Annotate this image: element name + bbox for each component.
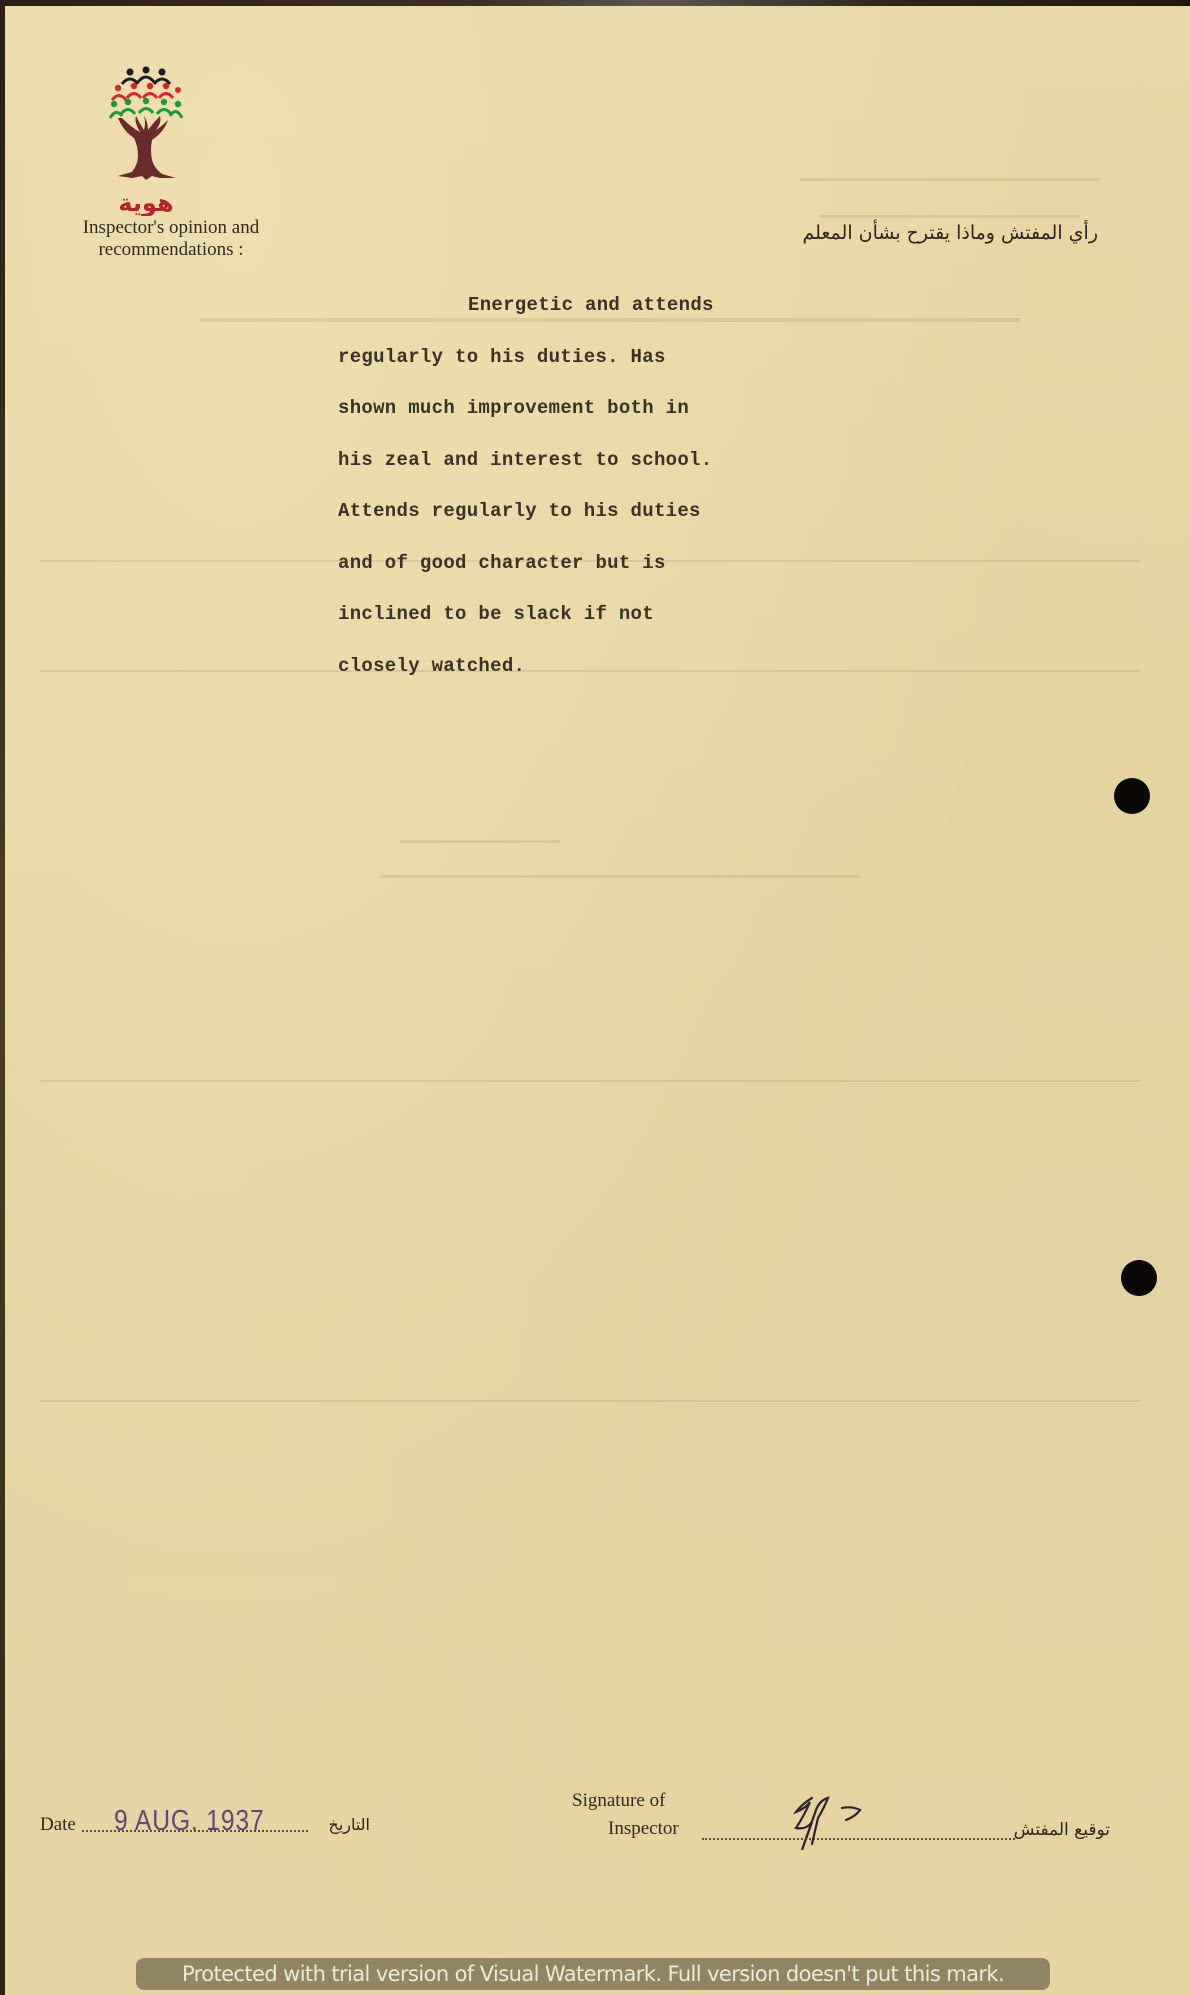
remark-line: Attends regularly to his duties (338, 486, 858, 538)
page-left-edge (0, 0, 5, 1995)
signature-label-line2: Inspector (608, 1818, 679, 1840)
watermark-banner: Protected with trial version of Visual W… (136, 1958, 1050, 1990)
punch-hole (1114, 778, 1150, 814)
opinion-label-line1: Inspector's opinion and (36, 217, 306, 239)
bleed-through-mark (820, 215, 1080, 218)
opinion-label-en: Inspector's opinion and recommendations … (36, 217, 306, 261)
remark-line: his zeal and interest to school. (338, 435, 858, 487)
opinion-label-ar: رأي المفتش وماذا يقترح بشأن المعلم (802, 222, 1098, 244)
date-label: Date (40, 1814, 76, 1836)
hawiya-tree-logo-icon: هوية (108, 66, 184, 216)
opinion-label-line2: recommendations : (36, 239, 306, 261)
bleed-through-mark (400, 840, 560, 843)
remark-line: Energetic and attends (338, 280, 858, 332)
date-field: Date 9 AUG. 1937 التاريخ (40, 1800, 370, 1840)
bleed-through-mark (40, 1400, 1140, 1402)
signature-label-ar: توقيع المفتش (1014, 1820, 1110, 1840)
bleed-through-mark (380, 875, 860, 878)
bleed-through-mark (40, 1080, 1140, 1082)
date-stamp: 9 AUG. 1937 (114, 1805, 265, 1838)
remark-line: and of good character but is (338, 538, 858, 590)
handwritten-signature-icon (770, 1790, 870, 1852)
page-top-edge (0, 0, 1190, 6)
signature-label-line1: Signature of (572, 1790, 665, 1812)
punch-hole (1121, 1260, 1157, 1296)
signature-field: Signature of Inspector توقيع المفتش (570, 1790, 1110, 1850)
typed-remarks: Energetic and attends regularly to his d… (338, 280, 858, 692)
date-label-ar: التاريخ (328, 1815, 370, 1834)
document-page: هوية Inspector's opinion and recommendat… (0, 0, 1190, 1995)
remark-line: regularly to his duties. Has (338, 332, 858, 384)
svg-text:هوية: هوية (118, 189, 173, 216)
remark-line: inclined to be slack if not (338, 589, 858, 641)
remark-line: closely watched. (338, 641, 858, 693)
bleed-through-mark (800, 178, 1100, 181)
remark-line: shown much improvement both in (338, 383, 858, 435)
